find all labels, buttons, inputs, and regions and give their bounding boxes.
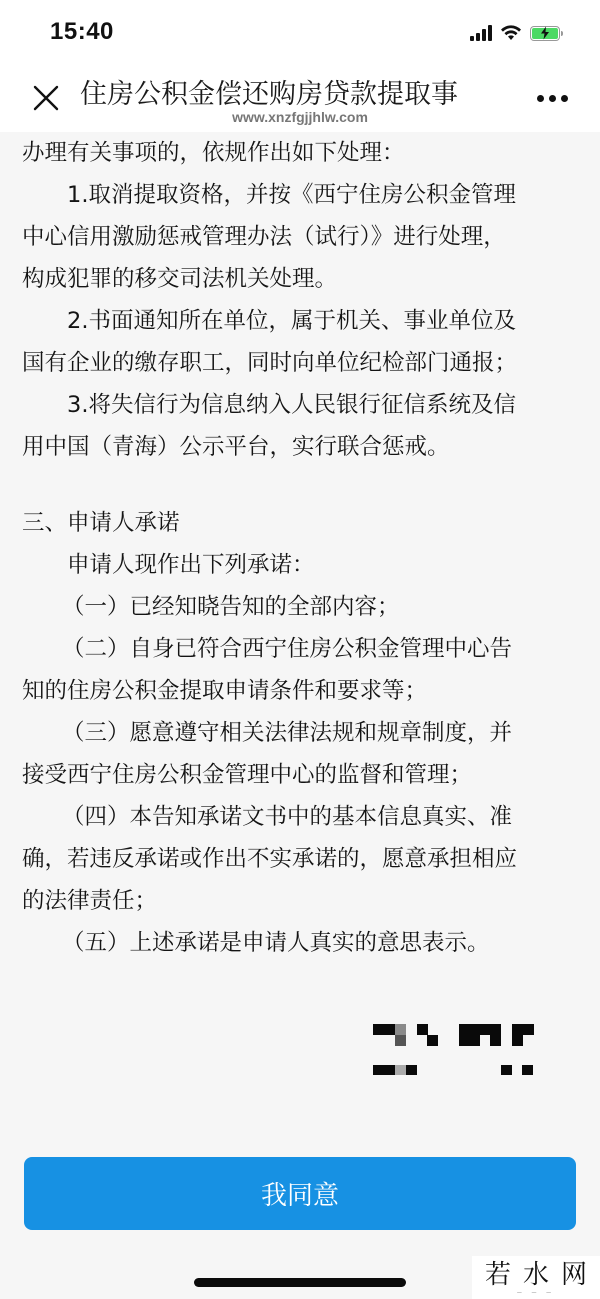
nav-bar: 住房公积金偿还购房贷款提取事 www.xnzfgjjhlw.com bbox=[0, 64, 600, 132]
penalty-line: 中心信用激励惩戒管理办法（试行）》进行处理， bbox=[22, 216, 578, 258]
promise-item-3: （三）愿意遵守相关法律法规和规章制度，并 接受西宁住房公积金管理中心的监督和管理… bbox=[22, 712, 578, 796]
close-icon bbox=[32, 84, 60, 112]
status-time: 15:40 bbox=[50, 18, 114, 46]
penalty-line: 2.书面通知所在单位，属于机关、事业单位及 bbox=[22, 300, 578, 342]
more-button[interactable] bbox=[532, 86, 572, 110]
penalty-item-3: 3.将失信行为信息纳入人民银行征信系统及信 用中国（青海）公示平台，实行联合惩戒… bbox=[22, 384, 578, 468]
more-icon-dot bbox=[549, 95, 556, 102]
section-title: 三、申请人承诺 bbox=[22, 502, 578, 544]
more-icon-dot bbox=[537, 95, 544, 102]
promise-item-4: （四）本告知承诺文书中的基本信息真实、准 确，若违反承诺或作出不实承诺的，愿意承… bbox=[22, 796, 578, 922]
promise-item-2: （二）自身已符合西宁住房公积金管理中心告 知的住房公积金提取申请条件和要求等； bbox=[22, 628, 578, 712]
promise-line: （四）本告知承诺文书中的基本信息真实、准 bbox=[22, 796, 578, 838]
promise-line: （一）已经知晓告知的全部内容； bbox=[22, 586, 578, 628]
penalty-line: 国有企业的缴存职工，同时向单位纪检部门通报； bbox=[22, 342, 578, 384]
watermark-subtext: — — — bbox=[517, 1290, 555, 1296]
status-icons bbox=[470, 22, 560, 44]
promise-line: （三）愿意遵守相关法律法规和规章制度，并 bbox=[22, 712, 578, 754]
watermark-text: 若水网 bbox=[473, 1260, 599, 1290]
agree-button[interactable]: 我同意 bbox=[24, 1157, 576, 1230]
intro-line: 办理有关事项的，依规作出如下处理： bbox=[22, 132, 578, 174]
promise-line: 知的住房公积金提取申请条件和要求等； bbox=[22, 670, 578, 712]
penalty-item-2: 2.书面通知所在单位，属于机关、事业单位及 国有企业的缴存职工，同时向单位纪检部… bbox=[22, 300, 578, 384]
redacted-signature bbox=[370, 1022, 550, 1082]
wifi-icon bbox=[500, 25, 522, 41]
promise-line: 接受西宁住房公积金管理中心的监督和管理； bbox=[22, 754, 578, 796]
promise-line: （五）上述承诺是申请人真实的意思表示。 bbox=[22, 922, 578, 964]
page-title: 住房公积金偿还购房贷款提取事 bbox=[80, 72, 510, 111]
watermark-logo: 若水网 — — — bbox=[472, 1256, 600, 1299]
promise-intro: 申请人现作出下列承诺： bbox=[22, 544, 578, 586]
status-bar: 15:40 bbox=[0, 0, 600, 64]
battery-charging-icon bbox=[530, 26, 560, 41]
signal-icon bbox=[470, 25, 492, 41]
promise-line: 的法律责任； bbox=[22, 880, 578, 922]
penalty-line: 用中国（青海）公示平台，实行联合惩戒。 bbox=[22, 426, 578, 468]
page-url: www.xnzfgjjhlw.com bbox=[0, 109, 600, 125]
promise-line: 确，若违反承诺或作出不实承诺的，愿意承担相应 bbox=[22, 838, 578, 880]
document-body: 办理有关事项的，依规作出如下处理： 1.取消提取资格，并按《西宁住房公积金管理 … bbox=[0, 132, 600, 964]
promise-item-5: （五）上述承诺是申请人真实的意思表示。 bbox=[22, 922, 578, 964]
promise-item-1: （一）已经知晓告知的全部内容； bbox=[22, 586, 578, 628]
more-icon-dot bbox=[561, 95, 568, 102]
penalty-line: 3.将失信行为信息纳入人民银行征信系统及信 bbox=[22, 384, 578, 426]
home-indicator[interactable] bbox=[194, 1278, 406, 1287]
penalty-line: 1.取消提取资格，并按《西宁住房公积金管理 bbox=[22, 174, 578, 216]
penalty-item-1: 1.取消提取资格，并按《西宁住房公积金管理 中心信用激励惩戒管理办法（试行）》进… bbox=[22, 174, 578, 300]
promise-line: （二）自身已符合西宁住房公积金管理中心告 bbox=[22, 628, 578, 670]
penalty-line: 构成犯罪的移交司法机关处理。 bbox=[22, 258, 578, 300]
